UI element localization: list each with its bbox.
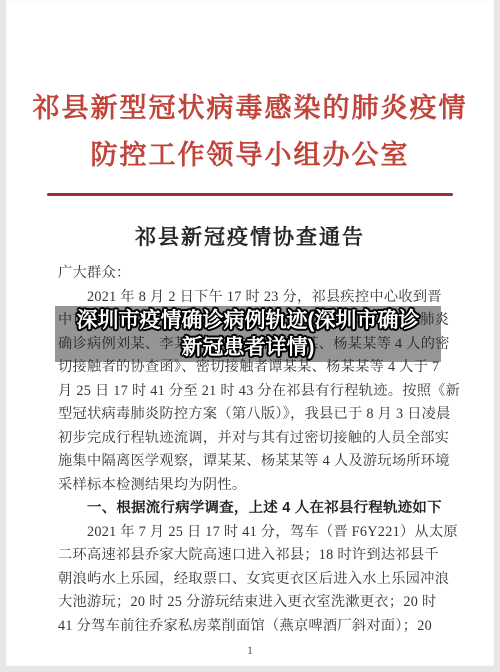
page-number: 1 <box>6 643 494 658</box>
document-page: 祁县新型冠状病毒感染的肺炎疫情 防控工作领导小组办公室 祁县新冠疫情协查通告 广… <box>6 0 494 666</box>
body-line: 41 分驾车前往乔家私房菜削面馆（燕京啤酒厂斜对面）；20 <box>58 615 452 639</box>
body-line: 月 25 日 17 时 41 分至 21 时 43 分在祁县有行程轨迹。按照《新 <box>58 380 452 404</box>
body-line: 朝浪屿水上乐园，经取票口、女宾更衣区后进入水上乐园冲浪 <box>58 568 452 592</box>
letterhead-line-1: 祁县新型冠状病毒感染的肺炎疫情 <box>6 92 494 125</box>
letterhead: 祁县新型冠状病毒感染的肺炎疫情 防控工作领导小组办公室 <box>6 0 494 172</box>
body-line: 施集中隔离医学观察，谭某某、杨某某等 4 人及游玩场所环境 <box>58 450 452 474</box>
scanned-image-background: 祁县新型冠状病毒感染的肺炎疫情 防控工作领导小组办公室 祁县新冠疫情协查通告 广… <box>0 0 500 672</box>
document-title: 祁县新冠疫情协查通告 <box>6 222 494 252</box>
watermark-text-line-1: 深圳市疫情确诊病例轨迹(深圳市确诊 <box>77 307 420 334</box>
body-line: 大池游玩；20 时 25 分游玩结束进入更衣室洗漱更衣；20 时 <box>58 591 452 615</box>
salutation: 广大群众： <box>58 262 452 286</box>
body-line: 型冠状病毒肺炎防控方案（第八版）》，我县已于 8 月 3 日凌晨 <box>58 403 452 427</box>
red-divider-rule <box>47 193 453 196</box>
body-line: 二环高速祁县乔家大院高速口进入祁县；18 时许到达祁县千 <box>58 544 452 568</box>
body-line: 初步完成行程轨迹流调，并对与其有过密切接触的人员全部实 <box>58 427 452 451</box>
body-line: 2021 年 7 月 25 日 17 时 41 分，驾车（晋 F6Y221）从太… <box>58 521 452 545</box>
watermark-text-line-2: 新冠患者详情) <box>182 334 315 361</box>
body-line: 采样标本检测结果均为阴性。 <box>58 474 452 498</box>
section-heading: 一、根据流行病学调查，上述 4 人在祁县行程轨迹如下 <box>58 497 452 521</box>
watermark-overlay: 深圳市疫情确诊病例轨迹(深圳市确诊 新冠患者详情) <box>55 306 441 362</box>
letterhead-line-2: 防控工作领导小组办公室 <box>6 139 494 172</box>
